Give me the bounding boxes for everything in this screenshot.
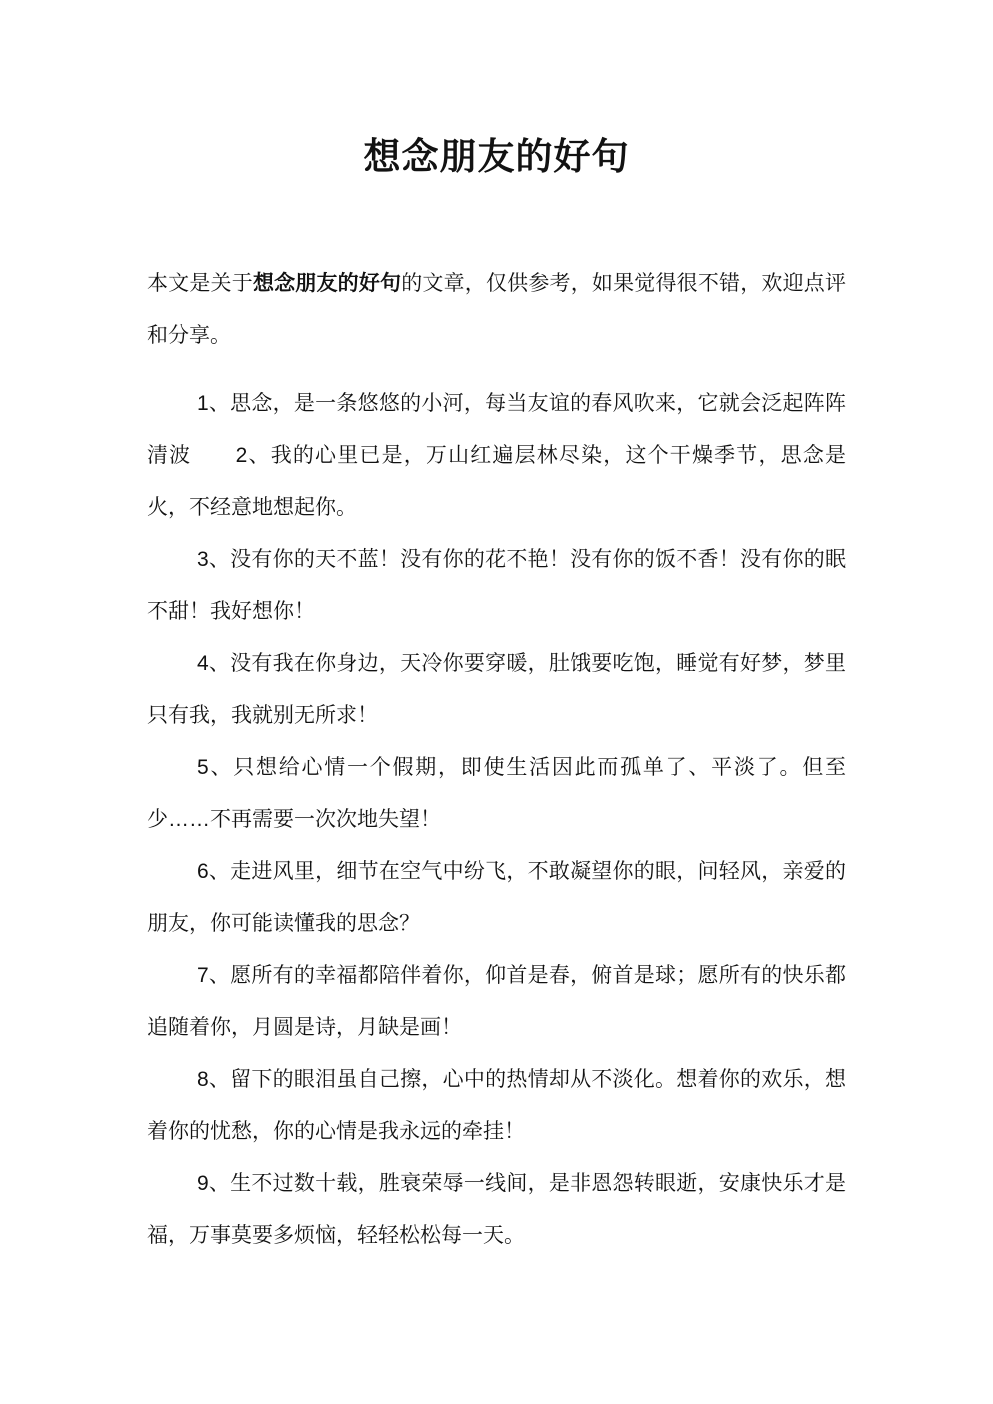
sentence-paragraph: 3、没有你的天不蓝！没有你的花不艳！没有你的饭不香！没有你的眠不甜！我好想你！	[147, 534, 846, 638]
document-page: 想念朋友的好句 本文是关于想念朋友的好句的文章，仅供参考，如果觉得很不错，欢迎点…	[0, 0, 993, 1404]
sentence-paragraph: 6、走进风里，细节在空气中纷飞，不敢凝望你的眼，问轻风，亲爱的朋友，你可能读懂我…	[147, 846, 846, 950]
sentence-paragraph: 8、留下的眼泪虽自己擦，心中的热情却从不淡化。想着你的欢乐，想着你的忧愁，你的心…	[147, 1054, 846, 1158]
sentence-paragraph: 5、只想给心情一个假期，即使生活因此而孤单了、平淡了。但至少……不再需要一次次地…	[147, 742, 846, 846]
page-title: 想念朋友的好句	[147, 134, 846, 180]
sentence-paragraph: 4、没有我在你身边，天冷你要穿暖，肚饿要吃饱，睡觉有好梦，梦里只有我，我就别无所…	[147, 638, 846, 742]
intro-paragraph: 本文是关于想念朋友的好句的文章，仅供参考，如果觉得很不错，欢迎点评和分享。	[147, 258, 846, 362]
sentence-list: 1、思念，是一条悠悠的小河，每当友谊的春风吹来，它就会泛起阵阵清波 2、我的心里…	[147, 378, 846, 1262]
sentence-paragraph: 1、思念，是一条悠悠的小河，每当友谊的春风吹来，它就会泛起阵阵清波 2、我的心里…	[147, 378, 846, 534]
sentence-paragraph: 7、愿所有的幸福都陪伴着你，仰首是春，俯首是球；愿所有的快乐都追随着你，月圆是诗…	[147, 950, 846, 1054]
intro-text-before: 本文是关于	[147, 272, 253, 295]
sentence-paragraph: 9、生不过数十载，胜衰荣辱一线间，是非恩怨转眼逝，安康快乐才是福，万事莫要多烦恼…	[147, 1158, 846, 1262]
intro-keyword-bold: 想念朋友的好句	[253, 272, 401, 295]
